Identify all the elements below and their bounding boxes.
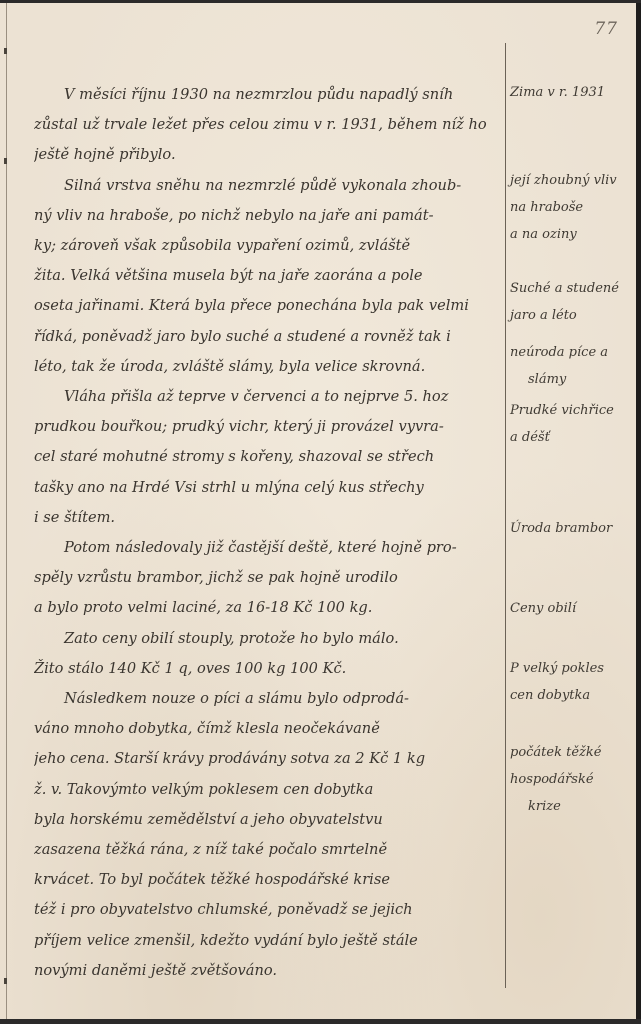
margin-note: Prudké vichřicea déšť [510, 397, 614, 451]
text-line: příjem velice zmenšil, kdežto vydání byl… [34, 926, 500, 956]
text-line: ky; zároveň však způsobila vypaření ozim… [34, 231, 500, 261]
margin-note: počátek těžkéhospodářskékrize [510, 739, 601, 820]
margin-note: její zhoubný vlivna hrabošea na oziny [510, 167, 617, 248]
text-line: oseta jařinami. Která byla přece ponechá… [34, 291, 500, 321]
text-line: V měsíci říjnu 1930 na nezmrzlou půdu na… [34, 80, 500, 110]
text-line: žita. Velká většina musela být na jaře z… [34, 261, 500, 291]
binding-mark [4, 978, 7, 984]
text-line: Zato ceny obilí stouply, protože ho bylo… [34, 624, 500, 654]
margin-note: Ceny obilí [510, 595, 576, 622]
margin-note-line: a déšť [510, 424, 614, 451]
margin-note-line: Úroda brambor [510, 515, 612, 542]
text-line: tašky ano na Hrdé Vsi strhl u mlýna celý… [34, 473, 500, 503]
margin-note-line: jaro a léto [510, 302, 619, 329]
text-line: cel staré mohutné stromy s kořeny, shazo… [34, 442, 500, 472]
text-line: řídká, poněvadž jaro bylo suché a studen… [34, 322, 500, 352]
text-line: a bylo proto velmi laciné, za 16-18 Kč 1… [34, 593, 500, 623]
text-line: ný vliv na hraboše, po nichž nebylo na j… [34, 201, 500, 231]
text-line: ještě hojně přibylo. [34, 140, 500, 170]
text-line: jeho cena. Starší krávy prodávány sotva … [34, 744, 500, 774]
margin-note-line: Suché a studené [510, 275, 619, 302]
text-line: i se štítem. [34, 503, 500, 533]
text-line: krvácet. To byl počátek těžké hospodářsk… [34, 865, 500, 895]
margin-note-line: P velký pokles [510, 655, 604, 682]
text-line: váno mnoho dobytka, čímž klesla neočekáv… [34, 714, 500, 744]
margin-note: Úroda brambor [510, 515, 612, 542]
margin-note-line: neúroda píce a [510, 339, 608, 366]
binding-mark [4, 158, 7, 164]
text-line: léto, tak že úroda, zvláště slámy, byla … [34, 352, 500, 382]
text-line: ž. v. Takovýmto velkým poklesem cen doby… [34, 775, 500, 805]
text-line: Silná vrstva sněhu na nezmrzlé půdě vyko… [34, 171, 500, 201]
margin-note-line: její zhoubný vliv [510, 167, 617, 194]
margin-note-line: Zima v r. 1931 [510, 79, 605, 106]
text-line: Potom následovaly již častější deště, kt… [34, 533, 500, 563]
page-number: 77 [594, 19, 618, 39]
margin-note: Suché a studenéjaro a léto [510, 275, 619, 329]
binding-mark [4, 48, 7, 54]
text-line: spěly vzrůstu brambor, jichž se pak hojn… [34, 563, 500, 593]
margin-note: P velký poklescen dobytka [510, 655, 604, 709]
margin-note-line: na hraboše [510, 194, 617, 221]
margin-note-line: slámy [510, 366, 608, 393]
text-line: Následkem nouze o píci a slámu bylo odpr… [34, 684, 500, 714]
margin-note: Zima v r. 1931 [510, 79, 605, 106]
text-line: zůstal už trvale ležet přes celou zimu v… [34, 110, 500, 140]
text-line: Vláha přišla až teprve v červenci a to n… [34, 382, 500, 412]
margin-rule [505, 43, 506, 988]
margin-note-line: Ceny obilí [510, 595, 576, 622]
binding-line [6, 3, 7, 1019]
margin-note-line: a na oziny [510, 221, 617, 248]
main-text-body: V měsíci říjnu 1930 na nezmrzlou půdu na… [34, 80, 500, 986]
margin-note-line: krize [510, 793, 601, 820]
margin-note-line: cen dobytka [510, 682, 604, 709]
chronicle-page: 77 V měsíci říjnu 1930 na nezmrzlou půdu… [0, 3, 641, 1019]
margin-note-line: hospodářské [510, 766, 601, 793]
text-line: prudkou bouřkou; prudký vichr, který ji … [34, 412, 500, 442]
margin-note-line: počátek těžké [510, 739, 601, 766]
text-line: byla horskému zemědělství a jeho obyvate… [34, 805, 500, 835]
margin-note-line: Prudké vichřice [510, 397, 614, 424]
text-line: novými daněmi ještě zvětšováno. [34, 956, 500, 986]
text-line: též i pro obyvatelstvo chlumské, poněvad… [34, 895, 500, 925]
text-line: Žito stálo 140 Kč 1 q, oves 100 kg 100 K… [34, 654, 500, 684]
text-line: zasazena těžká rána, z níž také počalo s… [34, 835, 500, 865]
margin-note: neúroda píce aslámy [510, 339, 608, 393]
